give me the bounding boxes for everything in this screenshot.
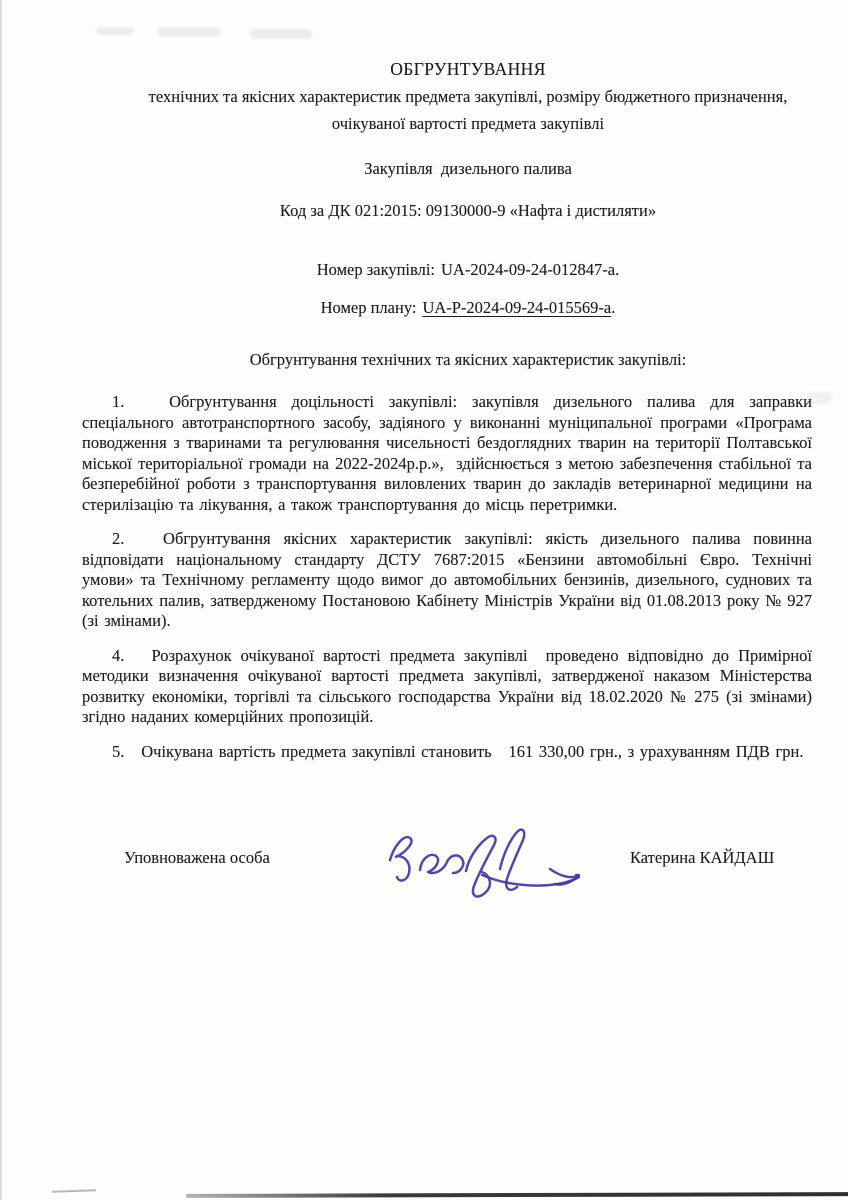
scan-bottom-dash: [52, 1189, 96, 1193]
scan-smudge: [96, 27, 134, 35]
scan-left-edge-line: [0, 0, 2, 1200]
scan-smudge: [806, 392, 832, 404]
document-subtitle-line-1: технічних та якісних характеристик предм…: [124, 83, 812, 110]
plan-number-suffix: .: [611, 298, 615, 317]
section-heading: Обгрунтування технічних та якісних харак…: [82, 348, 812, 372]
handwritten-signature-icon: [370, 806, 580, 911]
document-header: ОБГРУНТУВАННЯ технічних та якісних харак…: [82, 56, 812, 137]
scan-bottom-edge-line: [186, 1192, 848, 1198]
scan-smudge: [250, 29, 312, 39]
procurement-number-value: UA-2024-09-24-012847-а: [441, 260, 615, 279]
plan-number-value: UA-P-2024-09-24-015569-а: [422, 298, 611, 317]
document-content: ОБГРУНТУВАННЯ технічних та якісних харак…: [0, 56, 848, 933]
scan-smudge: [158, 27, 220, 37]
procurement-number-line: Номер закупівлі:UA-2024-09-24-012847-а.: [82, 258, 812, 282]
paragraph-5-expected-value: 5. Очікувана вартість предмета закупівлі…: [82, 742, 812, 763]
plan-number-label: Номер плану:: [321, 298, 417, 317]
plan-number-line: Номер плану:UA-P-2024-09-24-015569-а.: [82, 296, 812, 320]
signature-block: Уповноважена особа Катерина КАЙДАШ: [82, 808, 812, 933]
signatory-role-label: Уповноважена особа: [124, 848, 270, 868]
signatory-name: Катерина КАЙДАШ: [630, 848, 774, 868]
procurement-number-label: Номер закупівлі:: [317, 260, 435, 279]
paragraph-1-justification-of-expediency: 1. Обгрунтування доцільності закупівлі: …: [82, 392, 812, 515]
dk-code-line: Код за ДК 021:2015: 09130000-9 «Нафта і …: [82, 199, 812, 223]
scanned-document-page: ОБГРУНТУВАННЯ технічних та якісних харак…: [0, 0, 848, 1200]
procurement-subject: Закупівля дизельного палива: [82, 157, 812, 181]
paragraph-4-expected-value-calculation: 4. Розрахунок очікуваної вартості предме…: [82, 646, 812, 728]
paragraph-2-quality-characteristics: 2. Обгрунтування якісних характеристик з…: [82, 529, 812, 632]
document-subtitle-line-2: очікуваної вартості предмета закупівлі: [124, 110, 812, 137]
document-title: ОБГРУНТУВАННЯ: [124, 56, 812, 83]
procurement-number-suffix: .: [615, 260, 619, 279]
